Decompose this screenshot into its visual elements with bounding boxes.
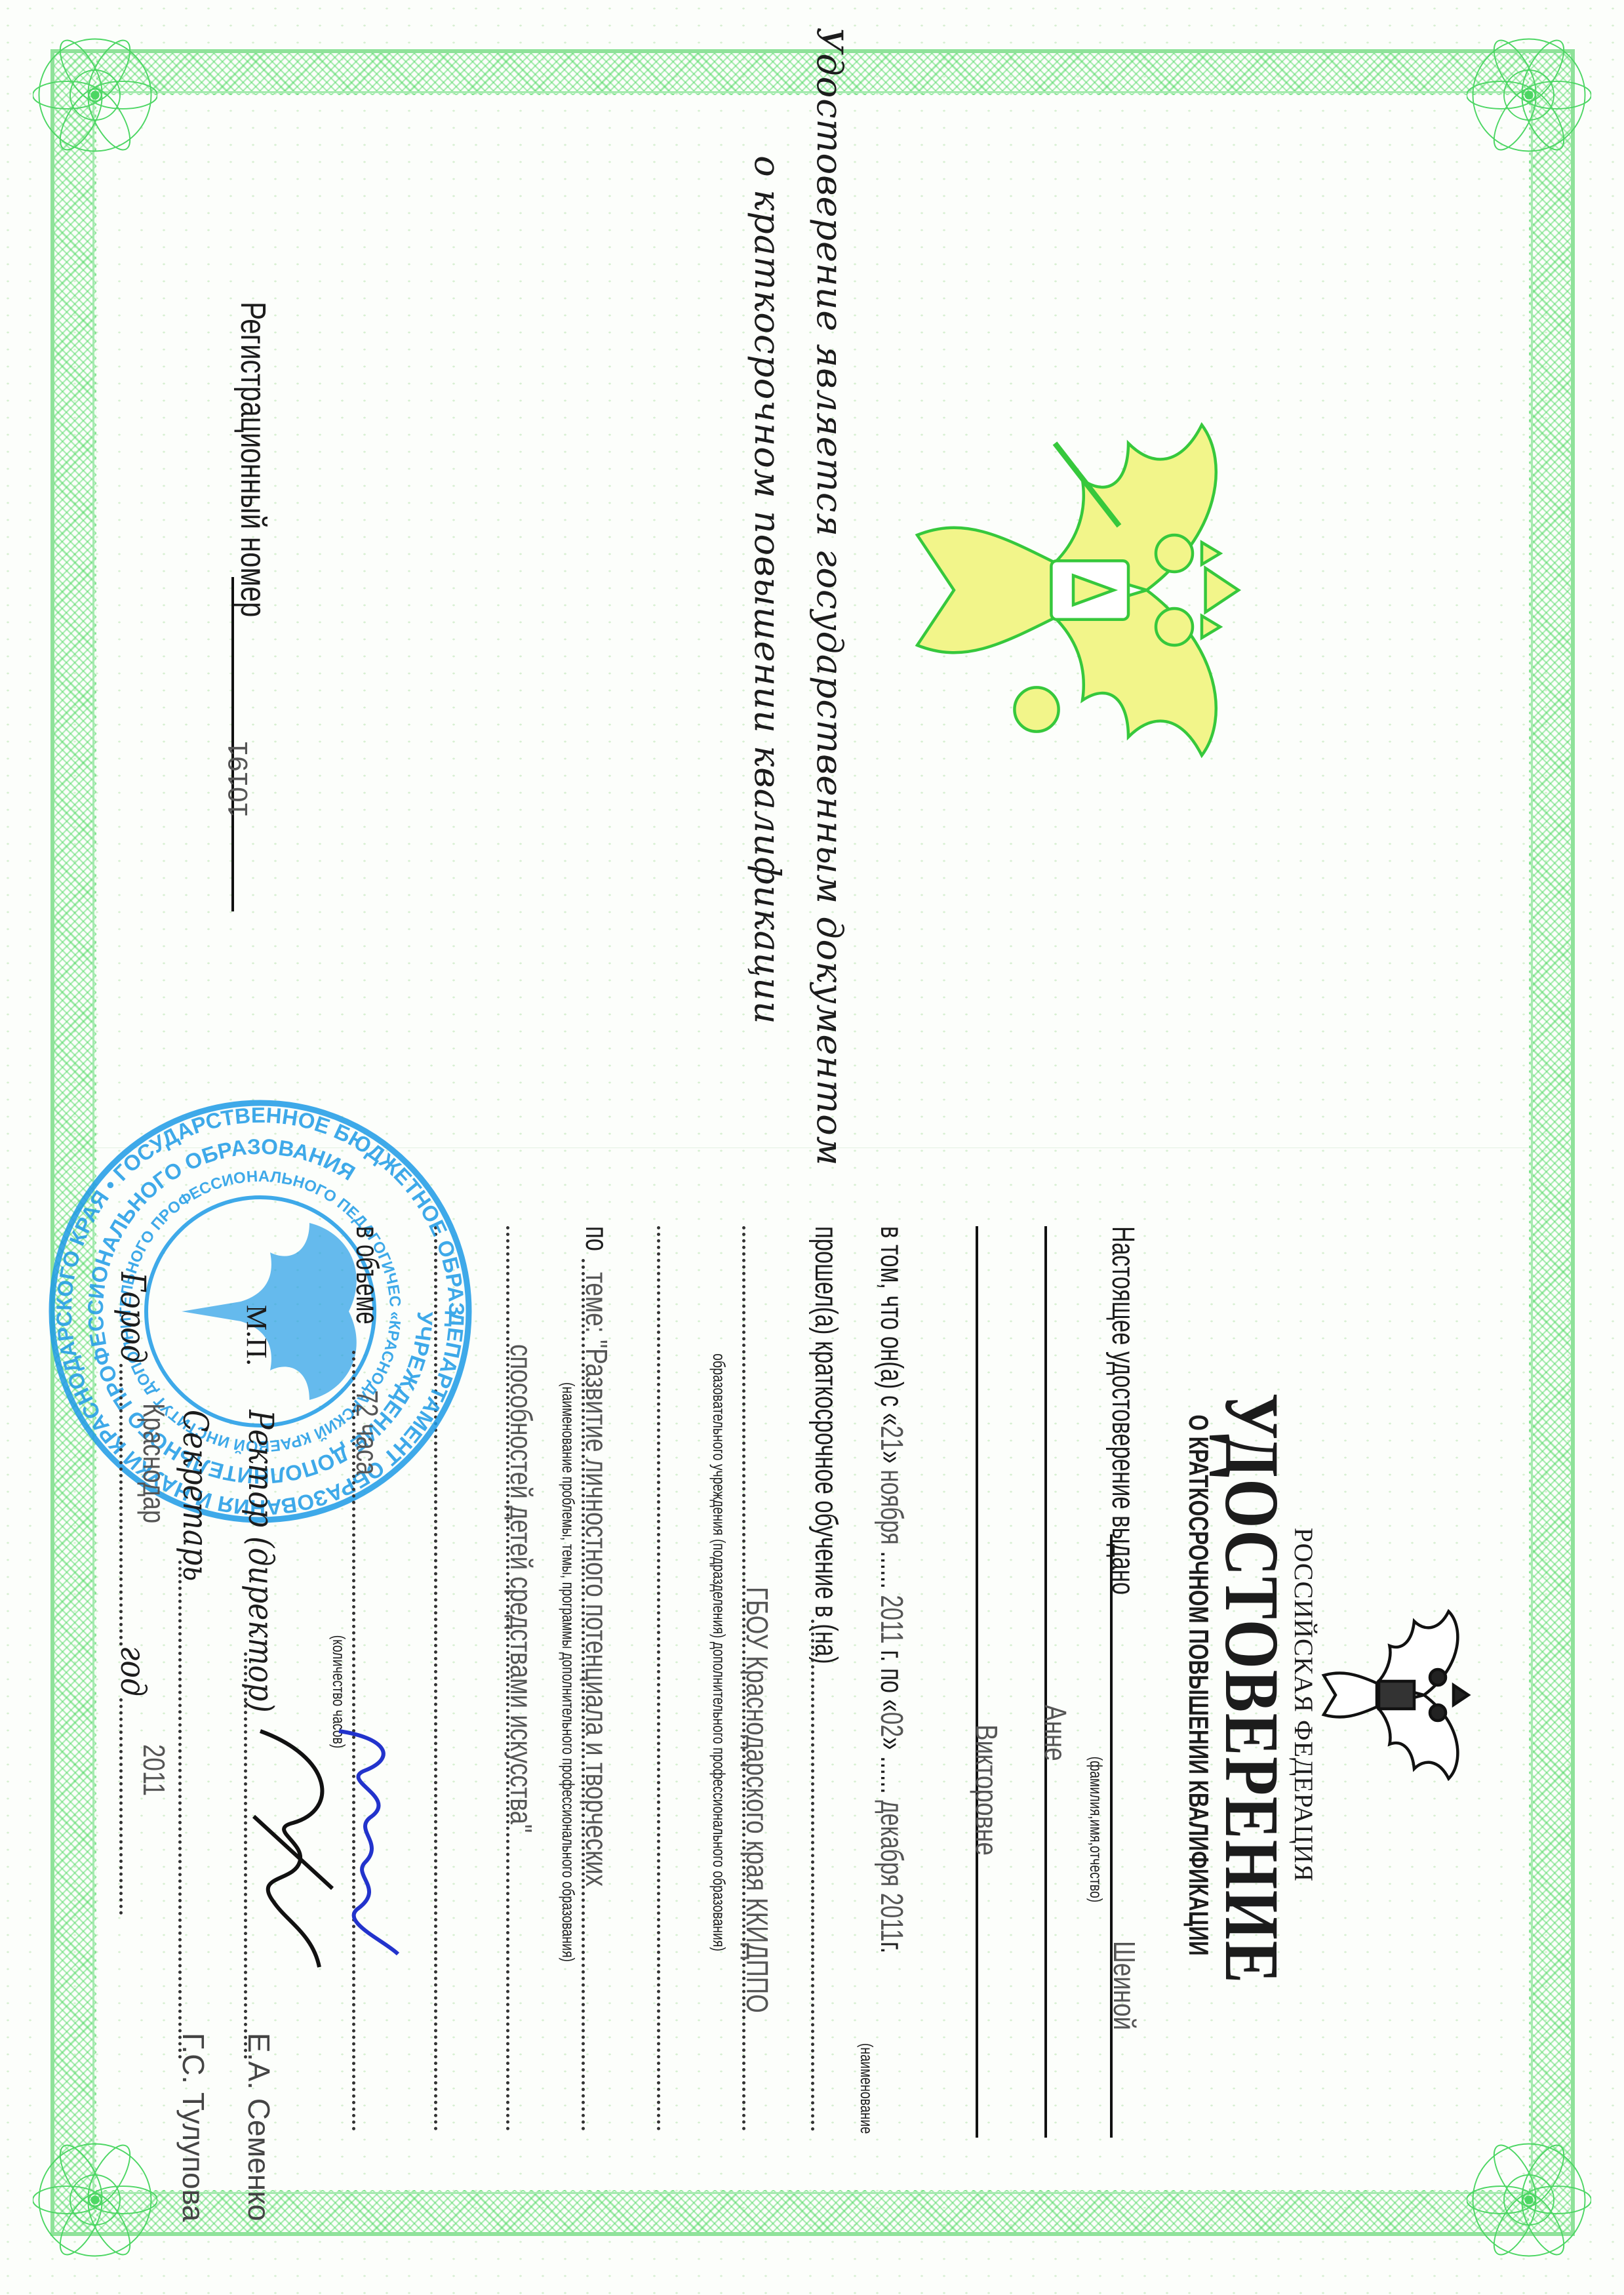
year-label: год	[113, 1646, 152, 1696]
volume-value: 72 часа	[349, 1390, 385, 1475]
topic-line-2: способностей детей средствами искусства"	[504, 1344, 539, 1833]
volume-label: в объеме	[349, 1226, 385, 1325]
registration-number: 10191	[222, 741, 254, 818]
period-prefix: в том, что он(а) с «	[874, 1226, 909, 1426]
institution-caption: образовательного учреждения (подразделен…	[709, 1353, 729, 1951]
city-label: Город	[113, 1272, 152, 1363]
statement-line-1: Удостоверение является государственным д…	[809, 27, 850, 1166]
topic-caption: (наименование проблемы, темы, программы …	[558, 1382, 578, 1962]
topic-label: по	[578, 1226, 614, 1251]
name-line-3	[976, 1226, 978, 2138]
period-end: г.	[874, 1942, 909, 1953]
training-label: прошел(а) краткосрочное обучение в (на)	[808, 1226, 844, 1664]
secretary-signature	[234, 1718, 352, 1980]
to-month: декабря	[874, 1800, 909, 1886]
to-year: 2011	[874, 1893, 909, 1942]
secretary-label: Секретарь	[175, 1410, 214, 1581]
coat-of-arms-small-icon	[1316, 1597, 1473, 1793]
rector-name: Е.А. Семенко	[241, 2033, 277, 2221]
to-day: 02	[874, 1712, 909, 1737]
rosette-icon	[1467, 33, 1591, 157]
coat-of-arms-icon	[890, 407, 1257, 774]
name-line-2	[1044, 1226, 1047, 2138]
document-subtitle: О КРАТКОСРОЧНОМ ПОВЫШЕНИИ КВАЛИФИКАЦИИ	[1183, 1414, 1214, 1955]
from-day: 21	[874, 1426, 909, 1450]
institution-value: ГБОУ Краснодарского края ККИДППО	[740, 1587, 775, 2013]
naming-caption: (наименование	[856, 2043, 877, 2134]
period-line: в том, что он(а) с «21» ноября ...... 20…	[873, 1226, 909, 1953]
dotted-line	[811, 1620, 814, 2131]
period-mid: г. по «	[874, 1650, 909, 1711]
statement-line-2: о краткосрочном повышении квалификации	[747, 155, 788, 1024]
year-line	[119, 1698, 123, 1915]
certificate-sheet: Удостоверение является государственным д…	[0, 0, 1624, 2295]
dotted-line	[657, 1226, 660, 2131]
rosette-icon	[1467, 2138, 1591, 2262]
stamp-mark: М.П.	[240, 1305, 273, 1366]
surname-value: Шеиной	[1107, 1941, 1142, 2030]
secretary-signature-line	[178, 1561, 182, 2059]
topic-line-1: теме: "Развитие личностного потенциала и…	[579, 1272, 614, 1886]
city-value: Краснодар	[136, 1403, 172, 1523]
from-year: 2011	[874, 1595, 909, 1644]
rosette-icon	[33, 2138, 157, 2262]
registration-label: Регистрационный номер	[233, 302, 273, 617]
year-value: 2011	[136, 1744, 172, 1796]
city-line	[119, 1364, 123, 1646]
from-month: ноября	[874, 1469, 909, 1544]
rosette-icon	[33, 33, 157, 157]
first-name-value: Анне	[1038, 1705, 1073, 1761]
name-caption: (фамилия,имя,отчество)	[1086, 1757, 1106, 1903]
secretary-name: Г.С. Тулупова	[176, 2033, 211, 2222]
patronymic-value: Викторовне	[969, 1725, 1004, 1856]
name-line-1	[1110, 1534, 1113, 2138]
document-title: УДОСТОВЕРЕНИЕ	[1207, 1393, 1296, 1984]
